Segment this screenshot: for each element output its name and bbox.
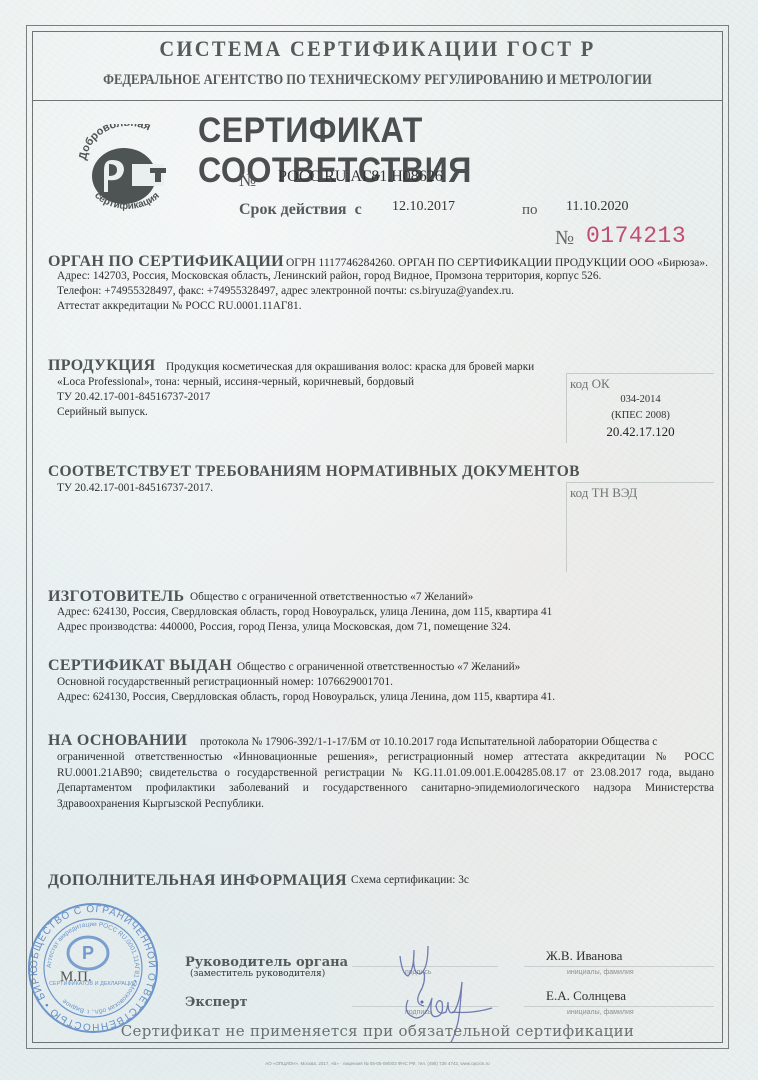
svg-text:P: P bbox=[82, 943, 94, 963]
product-line1: Продукция косметическая для окрашивания … bbox=[166, 360, 534, 376]
kod-tnved-label: код ТН ВЭД bbox=[567, 483, 714, 501]
kod-tnved-box: код ТН ВЭД bbox=[566, 482, 714, 572]
additional-info-heading: ДОПОЛНИТЕЛЬНАЯ ИНФОРМАЦИЯ bbox=[48, 872, 347, 890]
issued-to-ogrn: Основной государственный регистрационный… bbox=[57, 675, 393, 691]
head-name-caption: инициалы, фамилия bbox=[567, 969, 634, 976]
head-name-line bbox=[524, 966, 714, 967]
product-spec: ТУ 20.42.17-001-84516737-2017 bbox=[57, 390, 210, 406]
expert-name: Е.А. Солнцева bbox=[546, 988, 626, 1004]
conformity-document: ТУ 20.42.17-001-84516737-2017. bbox=[57, 481, 213, 497]
header-divider bbox=[32, 100, 723, 101]
serial-number-label: № bbox=[555, 227, 574, 250]
certification-body-address: Адрес: 142703, Россия, Московская област… bbox=[57, 269, 601, 285]
manufacturer-name: Общество с ограниченной ответственностью… bbox=[190, 590, 473, 606]
kod-ok-box: код ОК 034-2014 (КПЕС 2008) 20.42.17.120 bbox=[566, 373, 714, 443]
issued-to-name: Общество с ограниченной ответственностью… bbox=[237, 660, 520, 676]
certification-scheme: Схема сертификации: 3с bbox=[351, 873, 469, 889]
basis-text: ограниченной ответственностью «Инновацио… bbox=[57, 750, 714, 812]
organization-stamp: ОБЩЕСТВО С ОГРАНИЧЕННОЙ ОТВЕТСТВЕННОСТЬЮ… bbox=[26, 901, 160, 1035]
expert-label: Эксперт bbox=[185, 995, 248, 1010]
serial-number: 0174213 bbox=[586, 223, 686, 249]
system-title: СИСТЕМА СЕРТИФИКАЦИИ ГОСТ Р bbox=[56, 36, 699, 62]
product-line2: «Loca Professional», тона: черный, иссин… bbox=[57, 375, 414, 391]
head-of-body-label: Руководитель органа bbox=[185, 955, 348, 970]
validity-label: Срок действия с bbox=[239, 201, 362, 219]
printer-imprint: АО «ОПЦИОН», Москва, 2017, «Б» · лицензи… bbox=[32, 1061, 723, 1066]
expert-name-line bbox=[524, 1006, 714, 1007]
basis-heading: НА ОСНОВАНИИ bbox=[48, 732, 187, 750]
valid-to-label: по bbox=[522, 202, 538, 219]
valid-to-date: 11.10.2020 bbox=[566, 199, 628, 215]
certification-body-contacts: Телефон: +74955328497, факс: +7495532849… bbox=[57, 284, 514, 300]
valid-from-date: 12.10.2017 bbox=[392, 199, 455, 215]
expert-name-caption: инициалы, фамилия bbox=[567, 1009, 634, 1016]
stamp-place-label: М.П. bbox=[60, 969, 92, 986]
kod-ok-standard: 034-2014 bbox=[567, 392, 714, 408]
kod-ok-code: 20.42.17.120 bbox=[567, 424, 714, 440]
certification-body-accreditation: Аттестат аккредитации № РОСС RU.0001.11А… bbox=[57, 299, 302, 315]
number-label: № bbox=[239, 170, 256, 191]
manufacturer-production-address: Адрес производства: 440000, Россия, горо… bbox=[57, 620, 511, 636]
conformity-heading: СООТВЕТСТВУЕТ ТРЕБОВАНИЯМ НОРМАТИВНЫХ ДО… bbox=[48, 463, 580, 481]
certificate-number: РОСС RU.АГ81.Н08626 bbox=[278, 168, 443, 186]
product-heading: ПРОДУКЦИЯ bbox=[48, 357, 155, 375]
head-of-body-sublabel: (заместитель руководителя) bbox=[190, 969, 325, 979]
issued-to-heading: СЕРТИФИКАТ ВЫДАН bbox=[48, 657, 232, 675]
agency-title: ФЕДЕРАЛЬНОЕ АГЕНТСТВО ПО ТЕХНИЧЕСКОМУ РЕ… bbox=[77, 72, 678, 89]
product-release-type: Серийный выпуск. bbox=[57, 405, 148, 421]
manufacturer-heading: ИЗГОТОВИТЕЛЬ bbox=[48, 588, 184, 606]
basis-first-line: протокола № 17906-392/1-1-17/БМ от 10.10… bbox=[200, 735, 714, 751]
manufacturer-address: Адрес: 624130, Россия, Свердловская обла… bbox=[57, 605, 552, 621]
kod-ok-label: код ОК bbox=[567, 374, 714, 392]
head-of-body-name: Ж.В. Иванова bbox=[546, 948, 622, 964]
kod-ok-classifier: (КПЕС 2008) bbox=[567, 408, 714, 424]
voluntary-certification-notice: Сертификат не применяется при обязательн… bbox=[32, 1022, 723, 1040]
issued-to-address: Адрес: 624130, Россия, Свердловская обла… bbox=[57, 690, 555, 706]
rst-logo-icon: Добровольная сертификация bbox=[76, 124, 180, 216]
